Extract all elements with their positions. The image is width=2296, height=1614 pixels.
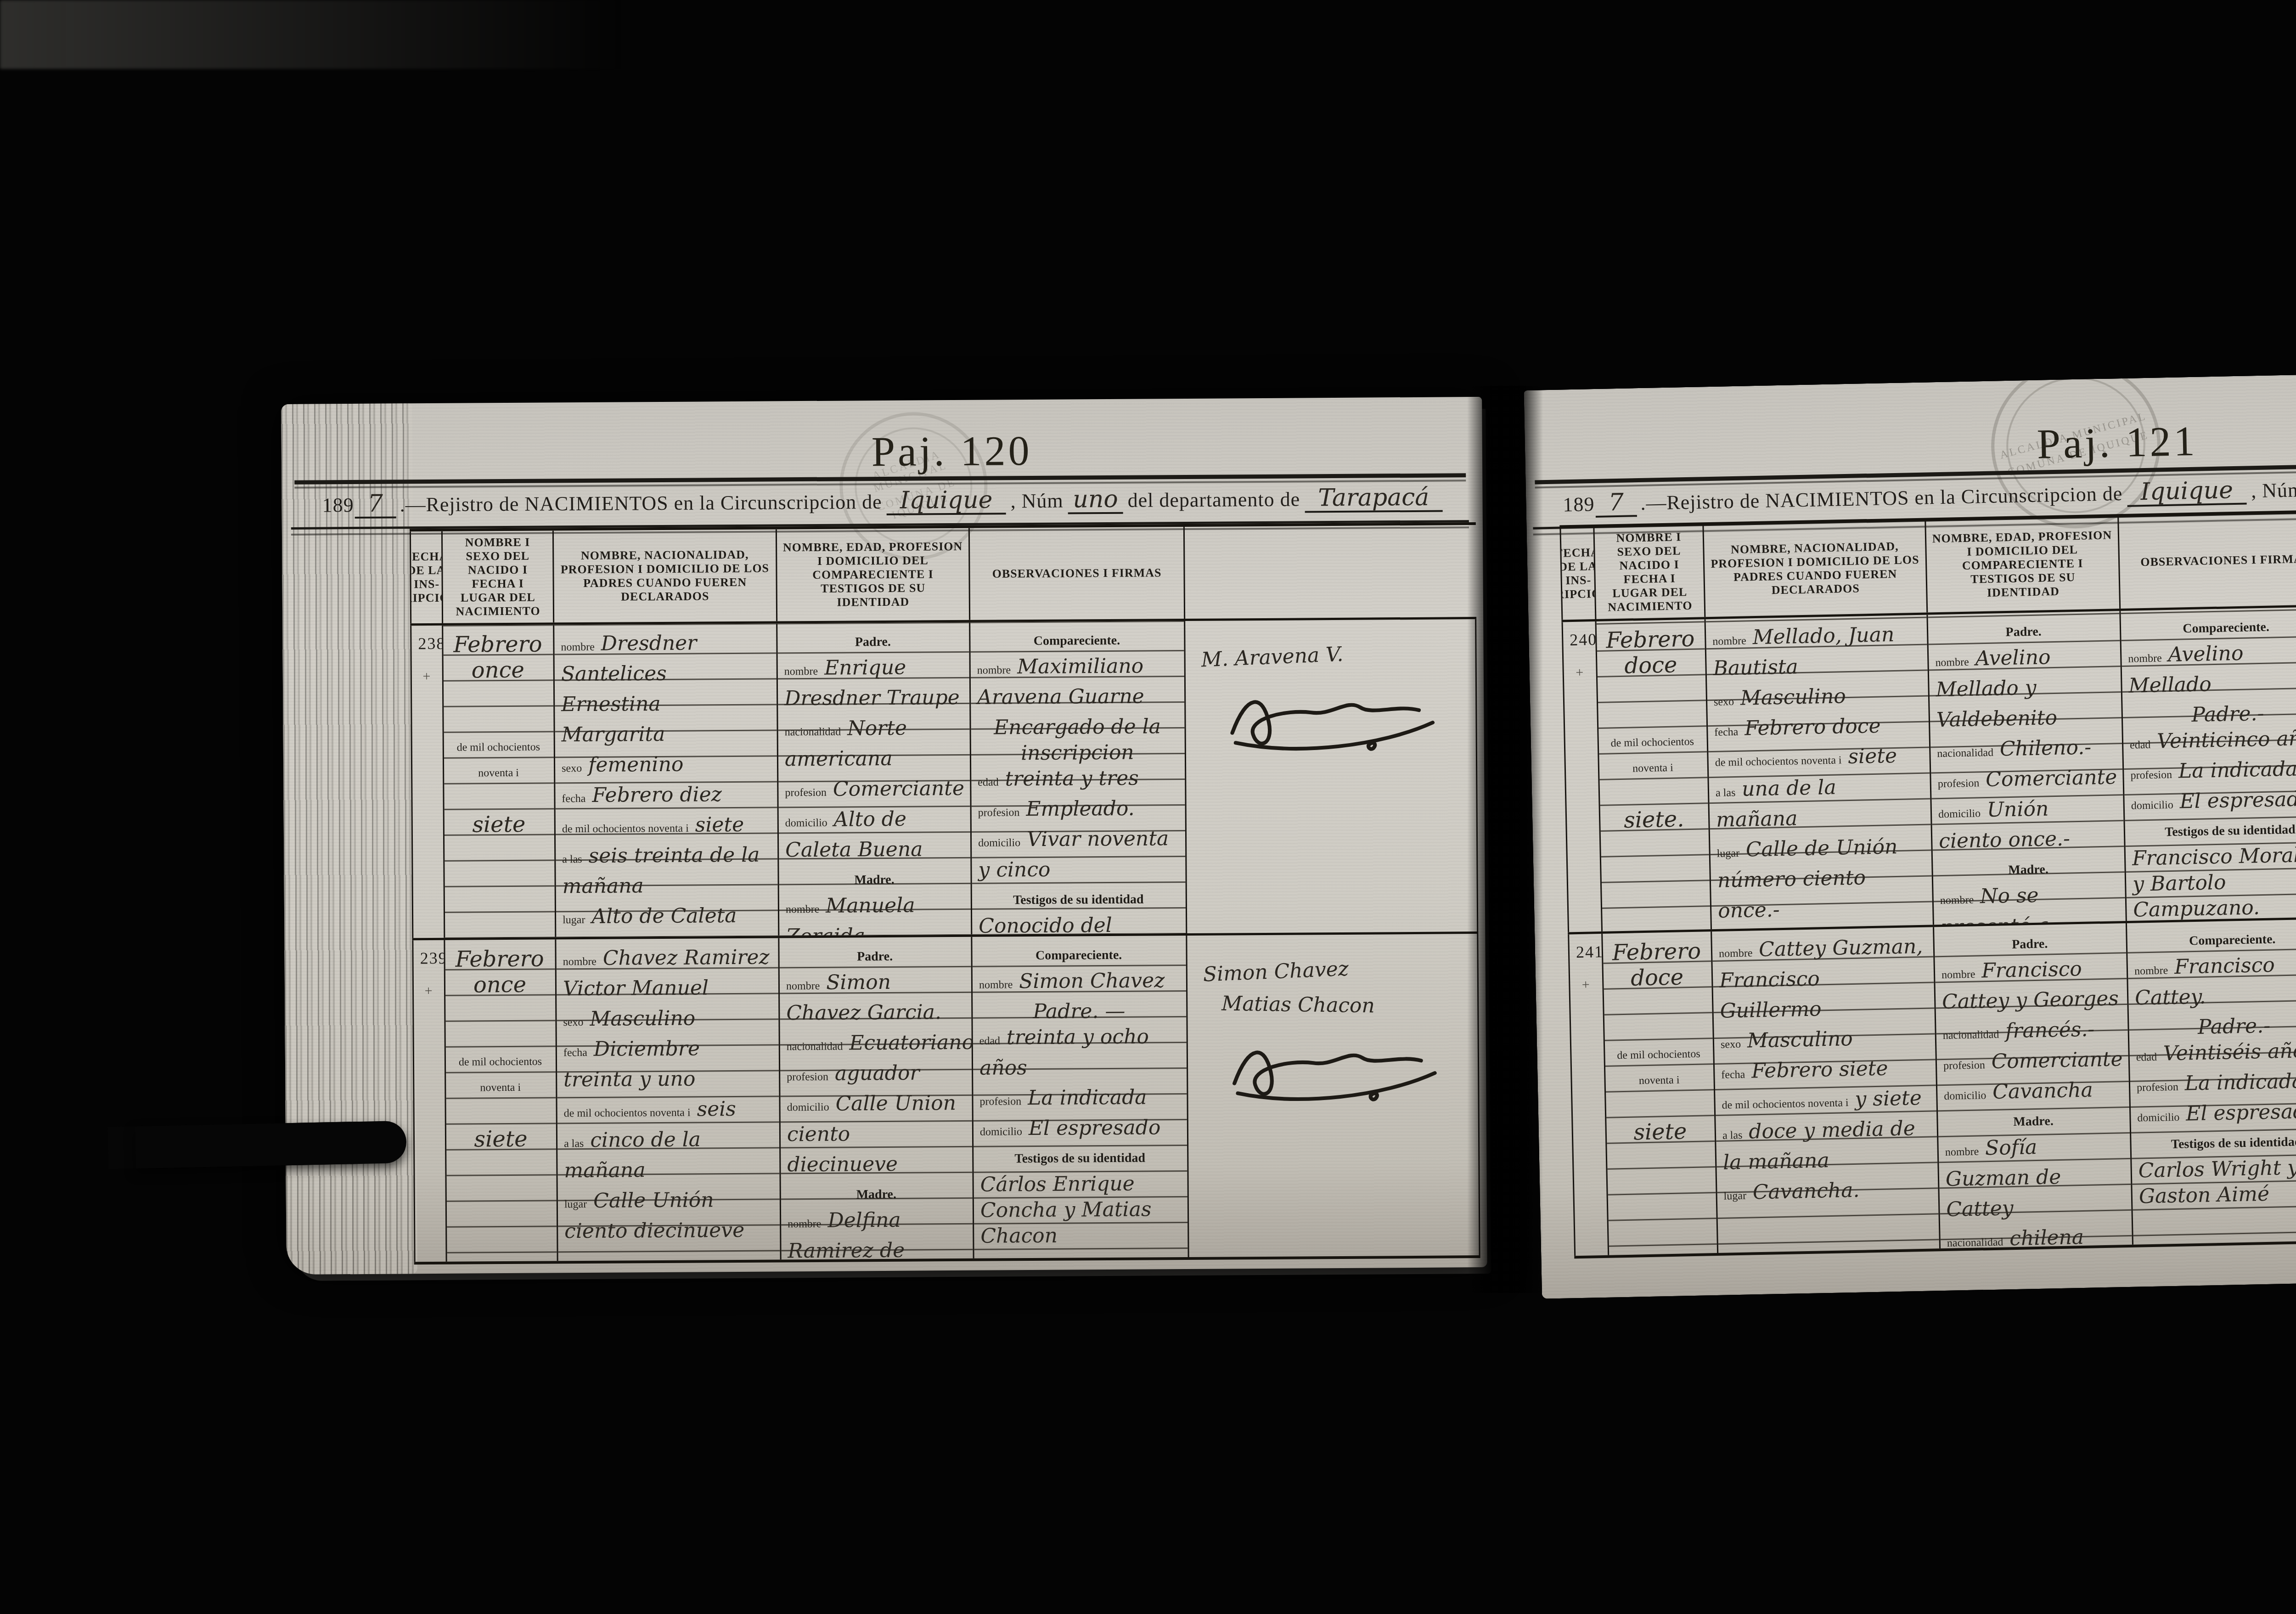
blank-line — [1606, 780, 1701, 808]
blank-line — [1612, 1092, 1707, 1120]
register-record: 241 + Febrero doce de mil ochocientos no… — [1568, 913, 2296, 1256]
inscription-month: Febrero — [1603, 626, 1698, 654]
official-signature-flourish — [1225, 1032, 1441, 1111]
witnesses: Carlos Wright y Gaston Aimé — [2138, 1154, 2296, 1210]
record-number: 241 — [1576, 942, 1595, 962]
signatures-list: Simon ChavezMatias Chacon — [1203, 956, 1462, 1019]
year-script: 7 — [355, 490, 396, 519]
witnesses: Conocido del oficial. — [979, 912, 1179, 935]
year-script: 7 — [1595, 488, 1637, 518]
declarant-domicile-field: domicilioEl espresado — [2137, 1098, 2296, 1133]
father-name-field: nombreSimon Chavez Garcia. — [786, 969, 964, 1031]
inscription-year: siete — [453, 1126, 549, 1152]
field-label: a las — [1722, 1129, 1743, 1142]
field-label: domicilio — [2131, 799, 2174, 812]
register-record: 239 + Febrero once de mil ochocientos no… — [412, 934, 1480, 1262]
declarant-name-field: nombreFrancisco Cattey. — [2134, 951, 2296, 1016]
field-label: nacionalidad — [1937, 747, 1993, 760]
child-sex: Masculino — [1747, 1027, 1853, 1053]
birth-place-field: lugarCalle de Unión número ciento once.- — [1716, 834, 1925, 929]
declarant-name: Simon Chavez — [1019, 969, 1165, 993]
field-label: sexo — [562, 762, 582, 774]
birth-place: Calle Unión ciento diecinueve — [564, 1188, 744, 1243]
child-name-field: nombreDresdner Santelices Ernestina Marg… — [561, 630, 770, 753]
mother-nationality-field: nacionalidadchilena — [1947, 1224, 2125, 1248]
declarant-domicile: El espresado — [2179, 787, 2296, 813]
field-label: nacionalidad — [785, 726, 841, 739]
field-label: profesion — [785, 787, 827, 799]
declarant-name: Avelino Mellado — [2128, 642, 2244, 698]
blank-lines — [450, 683, 546, 734]
blank-lines — [452, 997, 548, 1049]
field-label: nombre — [2128, 652, 2162, 665]
child-sex-field: sexofemenino — [562, 751, 770, 783]
field-label: domicilio — [2137, 1112, 2180, 1124]
register-page-left: ALCALDIA MUNICIPAL COMUNA DE IQUIQUE Paj… — [281, 397, 1487, 1275]
mother-name-field: nombreDelfina Ramirez de Chavez — [788, 1207, 966, 1259]
declarant-age: Veintiséis años — [2163, 1039, 2296, 1066]
field-label: nombre — [1935, 656, 1969, 669]
field-label: edad — [979, 1035, 1000, 1047]
mother-name: Delfina Ramirez de Chavez — [788, 1208, 905, 1260]
birth-year-field: de mil ochocientos noventa iy siete — [1722, 1085, 1929, 1120]
printed-year-line-1: de mil ochocientos — [450, 734, 546, 760]
inscription-date-cell: Febrero once de mil ochocientos noventa … — [445, 939, 558, 1261]
declarant-age: treinta y tres — [1005, 767, 1139, 791]
declarant-cell: Compareciente. nombreMaximiliano Aravena… — [970, 621, 1187, 935]
mother-heading: Madre. — [788, 1181, 965, 1208]
father-name-field: nombreFrancisco Cattey y Georges — [1941, 955, 2120, 1020]
field-label: fecha — [1714, 726, 1738, 739]
birth-date: Diciembre treinta y uno — [563, 1037, 700, 1091]
birth-date-field: fechaFebrero doce — [1714, 712, 1922, 747]
field-label: nombre — [1940, 894, 1974, 907]
witnesses: Francisco Morales y Bartolo Campuzano. — [2132, 842, 2296, 921]
declarant-heading: Compareciente. — [979, 942, 1178, 969]
father-heading: Padre. — [1935, 617, 2113, 647]
inscription-date-cell: Febrero once de mil ochocientos noventa … — [443, 625, 556, 937]
parents-cell: Padre. nombreSimon Chavez Garcia. nacion… — [779, 937, 974, 1260]
father-nationality-field: nacionalidadNorte americana — [784, 715, 962, 777]
declarant-age-field: edadtreinta y ocho años — [979, 1024, 1180, 1086]
birth-place-field: lugarCavancha. — [1723, 1176, 1931, 1211]
field-label: profesion — [1943, 1059, 1985, 1072]
father-profession: Comerciante — [1991, 1047, 2123, 1073]
field-label: lugar — [1716, 847, 1739, 860]
child-sex: Masculino — [1740, 684, 1846, 710]
signature: Simon Chavez — [1203, 952, 1462, 988]
father-name-field: nombreAvelino Mellado y Valdebenito — [1935, 643, 2115, 738]
birth-hour-field: a lascinco de la mañana — [564, 1127, 772, 1189]
field-label: domicilio — [980, 1126, 1022, 1138]
field-label: nombre — [979, 979, 1013, 991]
father-domicile-field: domicilioCavancha — [1944, 1077, 2122, 1111]
witnesses-heading: Testigos de su identidad — [2138, 1129, 2296, 1158]
field-label: de mil ochocientos noventa i — [562, 823, 689, 835]
father-domicile: Alto de Caleta Buena — [785, 807, 923, 862]
father-domicile: Cavancha — [1992, 1078, 2093, 1104]
child-sex-field: sexoMasculino — [563, 1005, 771, 1037]
inscription-day: doce — [1604, 652, 1698, 679]
field-label: domicilio — [787, 1101, 829, 1114]
mother-name-field: nombreManuela Zoraida Santelices de Dres… — [786, 892, 964, 936]
child-name-field: nombreMellado, Juan Bautista — [1712, 621, 1921, 686]
father-nationality: Ecuatoriano — [849, 1031, 974, 1055]
cross-mark: + — [420, 983, 437, 999]
cross-mark: + — [418, 669, 435, 684]
mother-heading: Madre. — [785, 867, 963, 893]
film-streak — [0, 0, 735, 69]
parents-cell: Padre. nombreEnrique Dresdner Traupe nac… — [777, 622, 972, 936]
printed-year-line-2: noventa i — [1605, 755, 1700, 782]
father-profession-field: profesionaguador — [787, 1060, 964, 1091]
mother-name-field: nombreSofía Guzman de Cattey — [1945, 1133, 2124, 1227]
page-number: 121 — [2125, 418, 2198, 466]
col-header-inscription-date: FECHA DE LA INS­CRIPCION — [410, 531, 443, 623]
child-sex-field: sexoMasculino — [1720, 1025, 1928, 1059]
printed-year-line-2: noventa i — [1612, 1067, 1706, 1094]
inscription-year: siete — [1613, 1118, 1707, 1146]
declarant-name-field: nombreMaximiliano Aravena Guarne — [977, 653, 1177, 715]
declarant-domicile: El espresado — [1029, 1116, 1161, 1140]
field-label: a las — [564, 1138, 584, 1150]
blank-lines — [1610, 989, 1705, 1043]
child-cell: nombreCattey Guzman, Francisco Guillermo… — [1712, 927, 1941, 1253]
year-printed: 189 — [322, 494, 354, 516]
page-number: 120 — [960, 427, 1032, 474]
birth-place: Calle de Unión número ciento once.- — [1717, 835, 1898, 923]
col-header-observations: OBSERVACIONES I FIRMAS — [2119, 513, 2296, 609]
birth-year-field: de mil ochocientos noventa isiete — [1715, 743, 1922, 777]
col-header-inscription-date: FECHA DE LA INS­CRIPCION — [1559, 527, 1596, 620]
field-label: domicilio — [978, 837, 1020, 849]
parents-cell: Padre. nombreAvelino Mellado y Valdebeni… — [1928, 611, 2127, 925]
field-label: domicilio — [1944, 1089, 1986, 1102]
declarant-age-field: edadVeintiséis años — [2136, 1038, 2296, 1072]
birth-place: Cavancha. — [1752, 1179, 1860, 1204]
field-label: domicilio — [785, 817, 827, 830]
declarant-domicile: El espresado — [2186, 1100, 2296, 1126]
book-gutter-shadow — [1467, 386, 1543, 1293]
declarant-name: Maximiliano Aravena Guarne — [977, 655, 1144, 709]
declarant-cell: Compareciente. nombreFrancisco Cattey. P… — [2127, 919, 2296, 1245]
declarant-cell: Compareciente. nombreSimon Chavez Padre.… — [972, 936, 1189, 1258]
num-label: , Núm — [2251, 479, 2296, 502]
field-label: nombre — [1712, 635, 1746, 647]
field-label: nombre — [1941, 969, 1975, 981]
father-heading: Padre. — [786, 943, 963, 970]
birth-place-field: lugarCalle Unión ciento diecinueve — [564, 1187, 773, 1249]
field-label: nombre — [1719, 947, 1753, 959]
birth-place-field: lugarAlto de Caleta Buena.- — [563, 903, 771, 937]
birth-hour: una de la mañana — [1716, 776, 1836, 832]
child-name-field: nombreCattey Guzman, Francisco Guillermo — [1718, 934, 1927, 1029]
father-profession-field: profesionComerciante — [785, 776, 962, 807]
child-sex: Masculino — [590, 1007, 695, 1031]
inscription-date-cell: Febrero doce de mil ochocientos noventa … — [1597, 619, 1712, 931]
inscription-year: siete. — [1607, 806, 1701, 834]
declarant-name-field: nombreSimon Chavez — [979, 968, 1179, 999]
declarant-profession-field: profesionLa indicada — [2136, 1068, 2296, 1102]
printed-year-line-1: de mil ochocientos — [1605, 729, 1699, 756]
field-label: fecha — [1721, 1069, 1745, 1081]
field-label: nombre — [784, 666, 818, 677]
field-label: nacionalidad — [1943, 1029, 1999, 1042]
circunscripcion-value: Iquique — [886, 486, 1006, 515]
father-domicile-field: domicilioAlto de Caleta Buena — [785, 806, 963, 868]
child-cell: nombreDresdner Santelices Ernestina Marg… — [554, 623, 779, 937]
field-label: de mil ochocientos noventa i — [564, 1107, 691, 1120]
declarant-role: Encargado de la inscripcion — [977, 714, 1177, 767]
mother-nationality: chilena — [2009, 1225, 2084, 1248]
page-label: Paj. 120 — [872, 426, 1032, 476]
field-label: lugar — [564, 1198, 587, 1210]
field-label: profesion — [1938, 777, 1980, 790]
field-label: de mil ochocientos noventa i — [1715, 754, 1841, 769]
col-header-child: NOMBRE I SEXO DEL NACIDO I FECHA I LUGAR… — [1594, 525, 1705, 619]
field-label: edad — [2136, 1051, 2157, 1064]
child-name-field: nombreChavez Ramirez Victor Manuel — [563, 945, 771, 1007]
father-nationality-field: nacionalidadEcuatoriano — [787, 1030, 964, 1061]
record-number-cell: 239 + — [412, 940, 447, 1262]
father-nationality-field: nacionalidadfrancés.- — [1942, 1016, 2121, 1050]
birth-hour-field: a lasuna de la mañana — [1715, 773, 1924, 838]
declarant-domicile-field: domicilioEl espresado — [980, 1115, 1180, 1146]
declarant-age-field: edadtreinta y tres — [978, 765, 1177, 797]
parents-cell: Padre. nombreFrancisco Cattey y Georges … — [1934, 923, 2133, 1248]
birth-year: siete — [1848, 744, 1897, 768]
page-label: Paj. 121 — [2037, 417, 2198, 468]
printed-year-line-2: noventa i — [450, 760, 546, 786]
father-nationality: Chileno.- — [1999, 735, 2091, 761]
field-label: fecha — [562, 793, 585, 805]
father-heading: Padre. — [784, 629, 962, 655]
table-header-row: FECHA DE LA INS­CRIPCION NOMBRE I SEXO D… — [1559, 507, 2296, 622]
field-label: nombre — [786, 903, 819, 915]
field-label: lugar — [563, 914, 585, 926]
record-number: 238 — [418, 634, 434, 653]
witnesses-heading: Testigos de su identidad — [979, 886, 1178, 914]
father-domicile-field: domicilioUnión ciento once.- — [1938, 795, 2117, 859]
mother-name-field: nombreNo se presentó a declararlo. — [1940, 881, 2119, 925]
register-table: FECHA DE LA INS­CRIPCION NOMBRE I SEXO D… — [410, 522, 1480, 1264]
year-printed: 189 — [1563, 493, 1595, 516]
register-record: 238 + Febrero once de mil ochocientos no… — [410, 619, 1478, 940]
num-value: uno — [1068, 485, 1123, 514]
inscription-month: Febrero — [450, 631, 546, 657]
record-number: 240 — [1570, 630, 1588, 649]
printed-year-line-2: noventa i — [452, 1074, 548, 1100]
birth-date: Febrero diez — [592, 783, 722, 807]
witnesses-heading: Testigos de su identidad — [980, 1145, 1180, 1172]
register-record: 240 + Febrero doce de mil ochocientos no… — [1562, 601, 2296, 935]
inscription-date-cell: Febrero doce de mil ochocientos noventa … — [1603, 931, 1718, 1255]
blank-lines — [1604, 677, 1699, 731]
record-number-cell: 238 + — [410, 626, 445, 938]
table-header-row: FECHA DE LA INS­CRIPCION NOMBRE I SEXO D… — [410, 525, 1476, 626]
birth-hour: doce y media de la mañana — [1723, 1117, 1916, 1174]
records-left: 238 + Febrero once de mil ochocientos no… — [410, 619, 1480, 1262]
witnesses-heading: Testigos de su identidad — [2131, 816, 2296, 846]
field-label: profesion — [979, 1095, 1021, 1108]
child-name: Chavez Ramirez Victor Manuel — [563, 946, 770, 1001]
mother-heading: Madre. — [1939, 855, 2117, 885]
register-table: FECHA DE LA INS­CRIPCION NOMBRE I SEXO D… — [1559, 504, 2296, 1258]
field-label: nombre — [561, 641, 594, 653]
field-label: profesion — [787, 1071, 828, 1084]
col-header-declarant: NOMBRE, EDAD, PROFESION I DOMICILIO DEL … — [777, 528, 970, 621]
field-label: nombre — [977, 664, 1011, 676]
official-signature-flourish — [1222, 681, 1439, 761]
birth-date-field: fechaFebrero siete — [1721, 1055, 1929, 1089]
printed-year-line-1: de mil ochocientos — [452, 1049, 548, 1075]
cross-mark: + — [1576, 977, 1595, 993]
child-name: Mellado, Juan Bautista — [1713, 623, 1895, 680]
field-label: domicilio — [1938, 807, 1981, 820]
declarant-profession-field: profesionLa indicada — [2130, 756, 2296, 790]
col-header-observations: OBSERVACIONES I FIRMAS — [970, 527, 1185, 620]
father-heading: Padre. — [1941, 930, 2119, 959]
birth-date: Febrero doce — [1745, 714, 1881, 740]
birth-date: Febrero siete — [1751, 1056, 1888, 1083]
birth-year-field: de mil ochocientos noventa iseis — [563, 1096, 771, 1128]
birth-date-field: fechaDiciembre treinta y uno — [563, 1036, 772, 1098]
blank-line — [450, 785, 546, 812]
declarant-heading: Compareciente. — [2127, 613, 2296, 643]
birth-hour-field: a lasdoce y media de la mañana — [1722, 1116, 1930, 1180]
birth-hour: cinco de la mañana — [564, 1128, 701, 1182]
printed-year-line-1: de mil ochocientos — [1611, 1041, 1706, 1068]
col-header-child: NOMBRE I SEXO DEL NACIDO I FECHA I LUGAR… — [443, 530, 554, 623]
field-label: profesion — [2137, 1081, 2178, 1094]
inscription-year: siete — [451, 811, 547, 837]
declarant-profession-field: profesionLa indicada — [979, 1084, 1179, 1116]
col-header-parents: NOMBRE, NACIONALIDAD, PROFESION I DOMICI… — [1704, 521, 1928, 617]
declarant-profession: La indicada — [2178, 757, 2296, 783]
bookmark-strap — [135, 1121, 407, 1168]
field-label: lugar — [1723, 1190, 1746, 1202]
birth-hour: seis treinta de la mañana — [563, 843, 760, 898]
observations-cell: M. Aravena V. — [1185, 619, 1478, 933]
signature: M. Aravena V. — [1201, 637, 1460, 673]
father-nationality: francés.- — [2005, 1017, 2095, 1043]
paj-word: Paj. — [872, 428, 947, 475]
field-label: nacionalidad — [1947, 1236, 2003, 1248]
field-label: edad — [978, 776, 998, 788]
paj-word: Paj. — [2037, 419, 2113, 467]
field-label: sexo — [1714, 696, 1734, 708]
declarant-heading: Compareciente. — [2133, 926, 2296, 955]
declarant-profession: La indicada — [2184, 1069, 2296, 1095]
birth-date-field: fechaFebrero diez — [562, 782, 770, 813]
declarant-role: Padre.- — [2135, 1012, 2296, 1042]
child-cell: nombreChavez Ramirez Victor Manuel sexoM… — [556, 938, 781, 1261]
cross-mark: + — [1570, 665, 1589, 681]
declarant-profession-field: profesionEmpleado. — [978, 796, 1177, 827]
birth-place: Alto de Caleta Buena.- — [563, 904, 737, 937]
birth-hour-field: a lasseis treinta de la mañana — [562, 842, 771, 904]
signatures-list: M. Aravena V. — [1201, 641, 1459, 668]
declarant-name: Francisco Cattey. — [2135, 954, 2275, 1010]
child-sex-field: sexoMasculino — [1713, 682, 1921, 717]
child-cell: nombreMellado, Juan Bautista sexoMasculi… — [1705, 615, 1934, 930]
declarant-age: Veinticinco años — [2157, 726, 2296, 753]
microfilm-photo: ALCALDIA MUNICIPAL COMUNA DE IQUIQUE Paj… — [0, 0, 2296, 1614]
father-name-field: nombreEnrique Dresdner Traupe — [784, 655, 962, 716]
declarant-heading: Compareciente. — [977, 627, 1176, 655]
signature: Matias Chacon — [1221, 991, 1480, 1020]
record-number-cell: 241 + — [1568, 934, 1609, 1256]
father-name: Francisco Cattey y Georges — [1942, 957, 2119, 1014]
field-label: profesion — [978, 807, 1020, 819]
inscription-month: Febrero — [451, 946, 547, 972]
observations-cell: Simon ChavezMatias Chacon — [1187, 934, 1480, 1257]
inscription-day: once — [450, 657, 546, 683]
declarant-profession: Empleado. — [1026, 797, 1135, 821]
field-label: edad — [2130, 739, 2151, 751]
birth-year-field: de mil ochocientos noventa isiete — [562, 812, 770, 844]
father-name: Simon Chavez Garcia. — [786, 971, 941, 1025]
inscription-day: doce — [1610, 964, 1705, 991]
dept-label: del departamento de — [1127, 488, 1300, 511]
declarant-role: Padre.- — [2129, 700, 2296, 729]
field-label: profesion — [2130, 769, 2172, 782]
records-right: 240 + Febrero doce de mil ochocientos no… — [1562, 601, 2296, 1256]
record-number-cell: 240 + — [1562, 621, 1603, 932]
registro-text: .—Rejistro de NACIMIENTOS en la Circunsc… — [400, 491, 882, 516]
birth-year: seis — [697, 1097, 736, 1121]
register-page-right: ALCALDIA MUNICIPAL COMUNA DE IQUIQUE Paj… — [1524, 367, 2296, 1298]
field-label: sexo — [563, 1016, 583, 1028]
father-profession: aguador — [835, 1061, 920, 1085]
num-label: , Núm — [1010, 490, 1063, 513]
inscription-day: once — [452, 971, 548, 998]
blank-line — [453, 1100, 549, 1126]
record-number: 239 — [420, 948, 436, 968]
field-label: fecha — [563, 1047, 587, 1059]
father-profession-field: profesionComerciante — [1943, 1046, 2121, 1080]
child-sex: femenino — [588, 753, 684, 777]
declarant-profession: La indicada — [1028, 1086, 1147, 1110]
declarant-domicile-field: domicilioEl espresado — [2131, 786, 2296, 820]
father-profession: Comerciante — [1986, 765, 2117, 791]
field-label: nombre — [2134, 965, 2168, 977]
circunscripcion-value: Iquique — [2127, 476, 2247, 507]
field-label: a las — [1716, 787, 1736, 799]
field-label: a las — [562, 853, 582, 865]
birth-year: y siete — [1855, 1086, 1922, 1111]
field-label: nombre — [788, 1218, 821, 1230]
col-header-parents: NOMBRE, NACIONALIDAD, PROFESION I DOMICI… — [554, 529, 777, 622]
father-nationality-field: nacionalidadChileno.- — [1937, 734, 2115, 768]
declarant-role: Padre. — — [979, 998, 1179, 1025]
declarant-cell: Compareciente. nombreAvelino Mellado Pad… — [2121, 607, 2296, 921]
field-label: nombre — [563, 956, 597, 968]
field-label: de mil ochocientos noventa i — [1722, 1097, 1848, 1112]
witnesses: Cárlos Enrique Concha y Matias Chacon — [980, 1171, 1180, 1249]
field-label: sexo — [1721, 1038, 1741, 1051]
field-label: nombre — [1945, 1146, 1979, 1158]
father-profession-field: profesionComerciante — [1937, 764, 2116, 798]
father-domicile-field: domicilioCalle Union ciento diecinueve — [787, 1090, 965, 1182]
declarant-age: treinta y ocho años — [979, 1025, 1149, 1079]
declarant-domicile-field: domicilioVivar noventa y cinco — [978, 826, 1178, 888]
dept-value: Tarapacá — [1305, 484, 1442, 513]
father-domicile: Unión ciento once.- — [1939, 797, 2071, 853]
inscription-month: Febrero — [1609, 938, 1704, 965]
birth-year: siete — [695, 813, 744, 837]
col-header-declarant: NOMBRE, EDAD, PROFESION I DOMICILIO DEL … — [1926, 517, 2121, 612]
